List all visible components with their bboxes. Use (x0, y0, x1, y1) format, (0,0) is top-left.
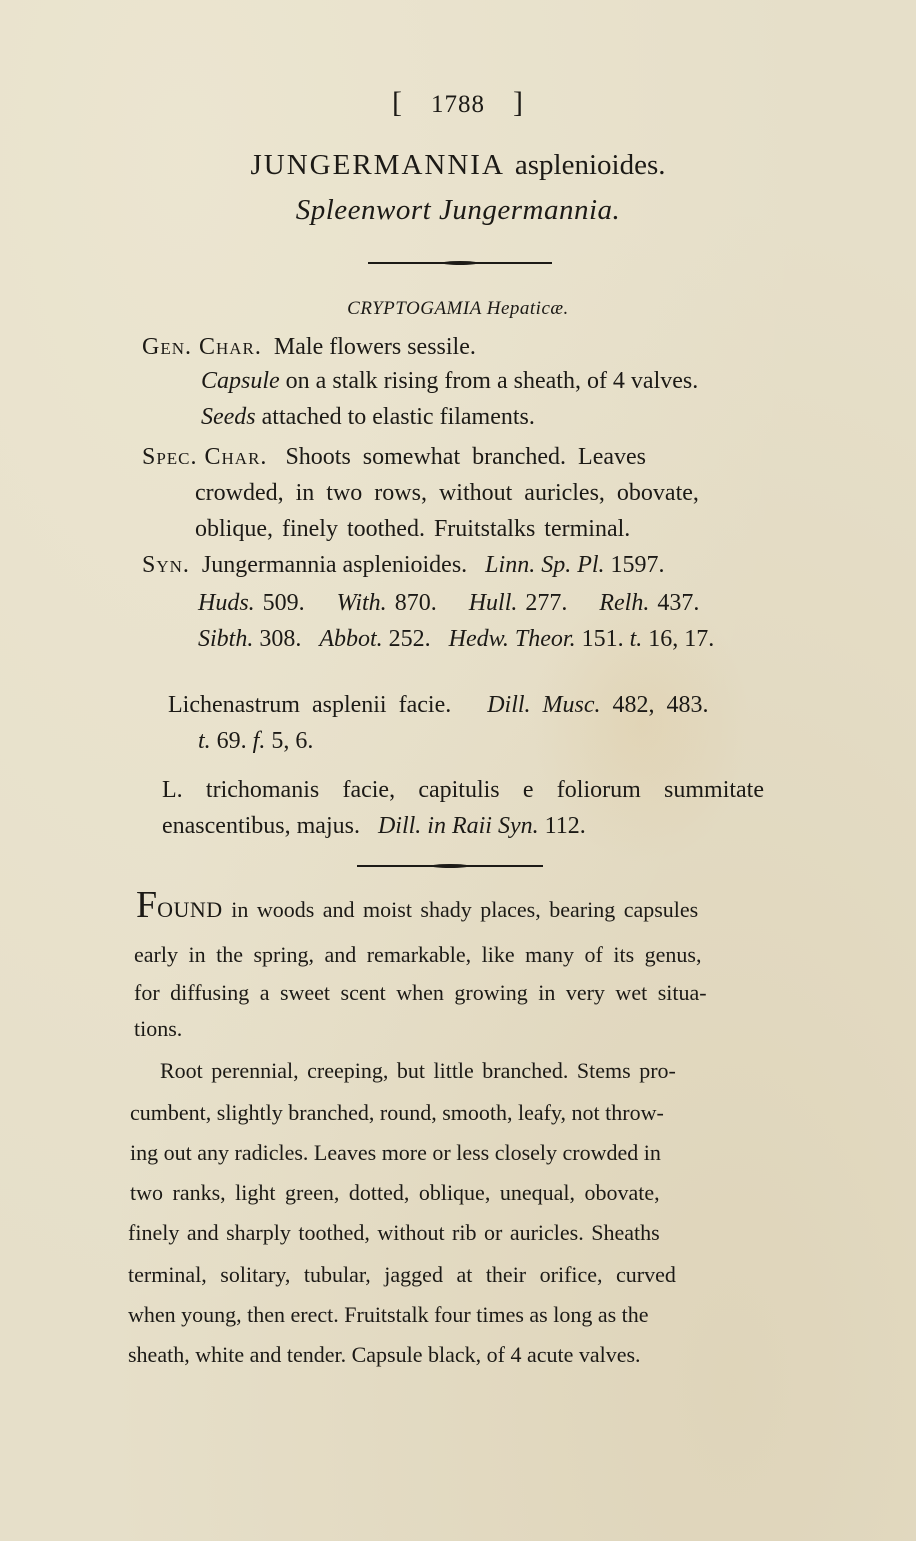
morphology-line-1: Root perennial, creeping, but little bra… (160, 1058, 676, 1084)
morphology-line-6: terminal, solitary, tubular, jagged at t… (128, 1262, 676, 1288)
page-number: [1788] (0, 86, 916, 120)
synonym-name: Jungermannia asplenioides. (202, 552, 467, 578)
ornamental-rule (357, 865, 543, 867)
synonym-refs-line-2: Huds. 509. With. 870. Hull. 277. Relh. 4… (198, 590, 699, 617)
generic-character: Gen. Char. Male flowers sessile. (142, 334, 476, 361)
gen-char-label: Gen. Char. (142, 334, 262, 360)
habitat-line-1: FOUND in woods and moist shady places, b… (136, 886, 698, 924)
gen-char-line-3: Seeds attached to elastic filaments. (201, 404, 535, 431)
genus-name: JUNGERMANNIA (251, 149, 505, 181)
book-page: [1788] JUNGERMANNIAasplenioides. Spleenw… (0, 0, 916, 1541)
syn-label: Syn. (142, 552, 190, 578)
morphology-line-7: when young, then erect. Fruitstalk four … (128, 1302, 649, 1328)
gen-char-line-1: Male flowers sessile. (274, 334, 476, 360)
spec-char-line-2: crowded, in two rows, without auricles, … (195, 480, 699, 507)
species-title: JUNGERMANNIAasplenioides. (0, 148, 916, 182)
habitat-line-4: tions. (134, 1016, 182, 1042)
synonym-l-trichomanis: L. trichomanis facie, capitulis e folior… (162, 772, 764, 844)
synonym-lichenastrum: Lichenastrum asplenii facie. Dill. Musc.… (168, 692, 709, 719)
habitat-line-2: early in the spring, and remarkable, lik… (134, 942, 701, 968)
page-number-value: 1788 (431, 91, 485, 118)
order-name: Hepaticæ. (487, 298, 569, 319)
species-name: asplenioides. (515, 149, 666, 181)
synonym-refs-line-3: Sibth. 308. Abbot. 252. Hedw. Theor. 151… (198, 626, 714, 653)
drop-cap: F (136, 884, 157, 926)
morphology-line-8: sheath, white and tender. Capsule black,… (128, 1342, 641, 1368)
gen-char-line-2: Capsule on a stalk rising from a sheath,… (201, 368, 698, 395)
synonym-lichenastrum-line-2: t. 69. f. 5, 6. (198, 728, 313, 755)
spec-char-line-3: oblique, finely toothed. Fruitstalks ter… (195, 516, 630, 543)
habitat-line-3: for diffusing a sweet scent when growing… (134, 980, 707, 1006)
ornamental-rule (368, 262, 552, 264)
morphology-line-5: finely and sharply toothed, without rib … (128, 1220, 660, 1246)
specific-character: Spec. Char. Shoots somewhat branched. Le… (142, 444, 646, 471)
classification: CRYPTOGAMIA Hepaticæ. (0, 298, 916, 320)
spec-char-line-1: Shoots somewhat branched. Leaves (285, 444, 646, 470)
morphology-line-2: cumbent, slightly branched, round, smoot… (130, 1100, 664, 1126)
morphology-line-4: two ranks, light green, dotted, oblique,… (130, 1180, 660, 1206)
bracket-close: ] (513, 86, 524, 119)
synonyms: Syn. Jungermannia asplenioides. Linn. Sp… (142, 552, 665, 579)
common-name: Spleenwort Jungermannia. (0, 194, 916, 227)
morphology-line-3: ing out any radicles. Leaves more or les… (130, 1140, 661, 1166)
spec-char-label: Spec. Char. (142, 444, 267, 470)
bracket-open: [ (392, 86, 403, 119)
class-name: CRYPTOGAMIA (347, 298, 481, 319)
